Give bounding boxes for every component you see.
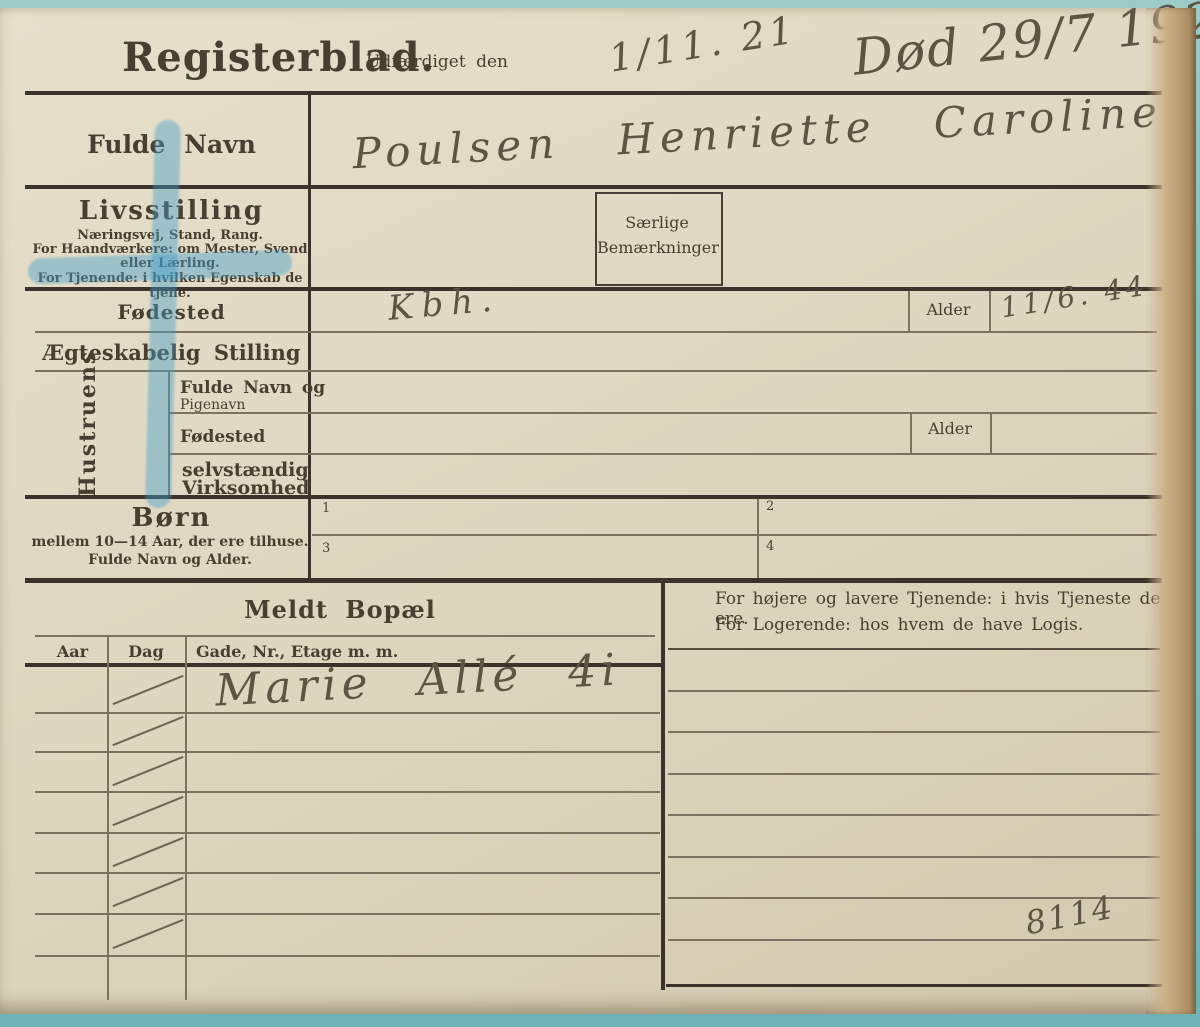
boern-cell-number-2: 2 bbox=[766, 499, 774, 514]
rule-hustruens-row2 bbox=[168, 453, 1157, 455]
alder-cell-right bbox=[989, 291, 991, 331]
hustruens-alder-cell-right bbox=[990, 412, 992, 453]
boern-column-divider bbox=[757, 499, 759, 579]
rule-below-aegteskab bbox=[35, 370, 1157, 372]
column-header-aar: Aar bbox=[38, 642, 107, 661]
hustruens-row2-label: Fødested bbox=[180, 427, 265, 447]
boern-mid-rule bbox=[312, 534, 1157, 536]
bopael-row-line bbox=[35, 913, 660, 915]
right-panel-top-rule bbox=[668, 648, 1160, 650]
bopael-row-line bbox=[35, 955, 660, 957]
rule-below-boern bbox=[25, 578, 1162, 583]
hustruens-row1-label-line1: Fulde Navn og bbox=[180, 378, 325, 398]
bopael-divider-dag-gade bbox=[185, 635, 187, 1000]
rule-below-foedested bbox=[35, 331, 1157, 333]
right-panel-line2: For Logerende: hos hvem de have Logis. bbox=[715, 615, 1083, 635]
right-row-line bbox=[668, 731, 1160, 733]
right-row-line bbox=[668, 814, 1160, 816]
bopael-row-line bbox=[35, 872, 660, 874]
remarks-label-line1: Særlige bbox=[597, 213, 717, 232]
field-label-boern: Børn bbox=[35, 503, 308, 533]
rule-below-name bbox=[25, 185, 1162, 189]
bopael-row-line bbox=[35, 712, 660, 714]
right-row-line bbox=[668, 690, 1160, 692]
divider-label-column bbox=[308, 91, 311, 583]
right-row-line bbox=[668, 939, 1160, 941]
rule-below-hustruens bbox=[25, 495, 1162, 499]
boern-cell-number-4: 4 bbox=[766, 539, 774, 554]
torn-paper-edge bbox=[1146, 8, 1196, 1014]
rule-below-livsstilling bbox=[25, 287, 1162, 291]
bottom-center-divider bbox=[661, 578, 665, 990]
right-row-line bbox=[668, 856, 1160, 858]
right-row-line bbox=[668, 773, 1160, 775]
hustruens-vertical-label: Hustruens bbox=[75, 373, 101, 497]
alder-label: Alder bbox=[908, 300, 989, 319]
bopael-row-line bbox=[35, 832, 660, 834]
boern-cell-number-1: 1 bbox=[322, 501, 330, 516]
bopael-row-line bbox=[35, 751, 660, 753]
hustruens-alder-label: Alder bbox=[910, 419, 990, 438]
bopael-title: Meldt Bopæl bbox=[35, 595, 645, 624]
bopael-row-line bbox=[35, 791, 660, 793]
right-panel-bottom-rule bbox=[666, 984, 1162, 987]
rule-top bbox=[25, 91, 1162, 95]
rule-below-bopael-title bbox=[35, 635, 655, 637]
boern-cell-number-3: 3 bbox=[322, 541, 330, 556]
bopael-divider-aar-dag bbox=[107, 635, 109, 1000]
boern-subtext-1: mellem 10—14 Aar, der ere tilhuse. bbox=[22, 534, 318, 550]
hustruens-row1-label-line2: Pigenavn bbox=[180, 397, 245, 413]
column-header-dag: Dag bbox=[107, 642, 185, 661]
remarks-label-line2: Bemærkninger bbox=[597, 238, 717, 257]
boern-subtext-2: Fulde Navn og Alder. bbox=[22, 552, 318, 568]
issued-label: Udfærdiget den bbox=[366, 52, 508, 72]
rule-hustruens-row1 bbox=[168, 412, 1157, 414]
scanned-registerblad: Registerblad. Udfærdiget den 1/11. 21 Dø… bbox=[0, 0, 1200, 1027]
